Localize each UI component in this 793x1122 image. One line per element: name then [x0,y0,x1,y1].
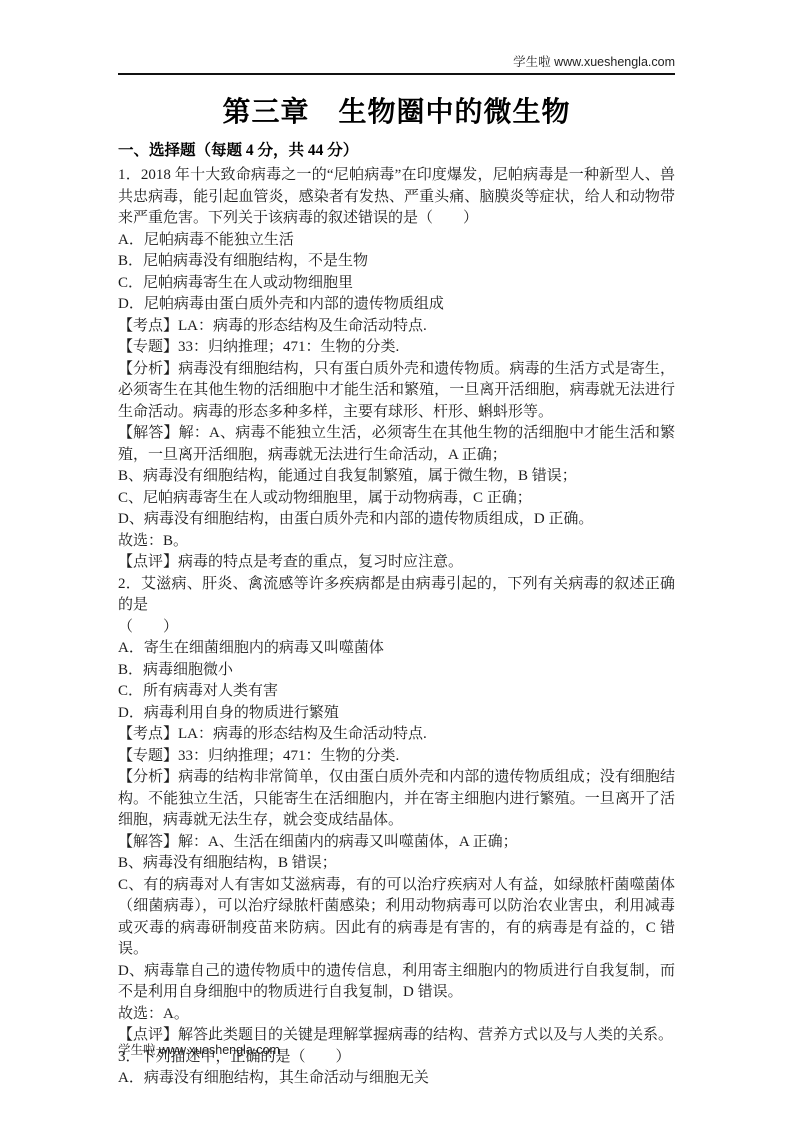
text-paragraph: B．病毒细胞微小 [118,660,675,682]
text-paragraph: 故选：A。 [118,1004,675,1026]
text-paragraph: （ ） [118,617,675,639]
text-paragraph: 【专题】33：归纳推理；471：生物的分类. [118,337,675,359]
text-paragraph: C．尼帕病毒寄生在人或动物细胞里 [118,273,675,295]
text-paragraph: A．尼帕病毒不能独立生活 [118,230,675,252]
document-content: 第三章 生物圈中的微生物 一、选择题（每题 4 分，共 44 分） 1．2018… [118,86,675,1090]
header-divider-rule [118,73,675,75]
text-paragraph: 【考点】LA：病毒的形态结构及生命活动特点. [118,316,675,338]
document-page: 学生啦 www.xueshengla.com 第三章 生物圈中的微生物 一、选择… [0,0,793,1122]
text-paragraph: B、病毒没有细胞结构，能通过自我复制繁殖，属于微生物，B 错误； [118,466,675,488]
text-paragraph: 【点评】病毒的特点是考查的重点，复习时应注意。 [118,552,675,574]
text-paragraph: A．寄生在细菌细胞内的病毒又叫噬菌体 [118,638,675,660]
text-paragraph: 【解答】解：A、生活在细菌内的病毒又叫噬菌体，A 正确； [118,832,675,854]
text-paragraph: 【解答】解：A、病毒不能独立生活，必须寄生在其他生物的活细胞中才能生活和繁殖，一… [118,423,675,466]
site-credit-header: 学生啦 www.xueshengla.com [118,54,675,70]
text-paragraph: D．尼帕病毒由蛋白质外壳和内部的遗传物质组成 [118,294,675,316]
text-paragraph: B．尼帕病毒没有细胞结构，不是生物 [118,251,675,273]
page-title: 第三章 生物圈中的微生物 [118,90,675,130]
document-body: 1．2018 年十大致命病毒之一的“尼帕病毒”在印度爆发，尼帕病毒是一种新型人、… [118,165,675,1090]
text-paragraph: 【分析】病毒的结构非常简单，仅由蛋白质外壳和内部的遗传物质组成；没有细胞结构。不… [118,767,675,832]
text-paragraph: 【分析】病毒没有细胞结构，只有蛋白质外壳和遗传物质。病毒的生活方式是寄生，必须寄… [118,359,675,424]
text-paragraph: 故选：B。 [118,531,675,553]
text-paragraph: 【专题】33：归纳推理；471：生物的分类. [118,746,675,768]
text-paragraph: D、病毒没有细胞结构，由蛋白质外壳和内部的遗传物质组成，D 正确。 [118,509,675,531]
section-heading: 一、选择题（每题 4 分，共 44 分） [118,140,675,162]
text-paragraph: C、尼帕病毒寄生在人或动物细胞里，属于动物病毒，C 正确； [118,488,675,510]
text-paragraph: D．病毒利用自身的物质进行繁殖 [118,703,675,725]
text-paragraph: A．病毒没有细胞结构，其生命活动与细胞无关 [118,1068,675,1090]
text-paragraph: 2．艾滋病、肝炎、禽流感等许多疾病都是由病毒引起的，下列有关病毒的叙述正确的是 [118,574,675,617]
text-paragraph: 1．2018 年十大致命病毒之一的“尼帕病毒”在印度爆发，尼帕病毒是一种新型人、… [118,165,675,230]
text-paragraph: C．所有病毒对人类有害 [118,681,675,703]
text-paragraph: C、有的病毒对人有害如艾滋病毒，有的可以治疗疾病对人有益，如绿脓杆菌噬菌体（细菌… [118,875,675,961]
site-credit-footer: 学生啦 www.xueshengla.com [118,1040,280,1058]
text-paragraph: B、病毒没有细胞结构，B 错误； [118,853,675,875]
text-paragraph: D、病毒靠自己的遗传物质中的遗传信息，利用寄主细胞内的物质进行自我复制，而不是利… [118,961,675,1004]
text-paragraph: 【考点】LA：病毒的形态结构及生命活动特点. [118,724,675,746]
